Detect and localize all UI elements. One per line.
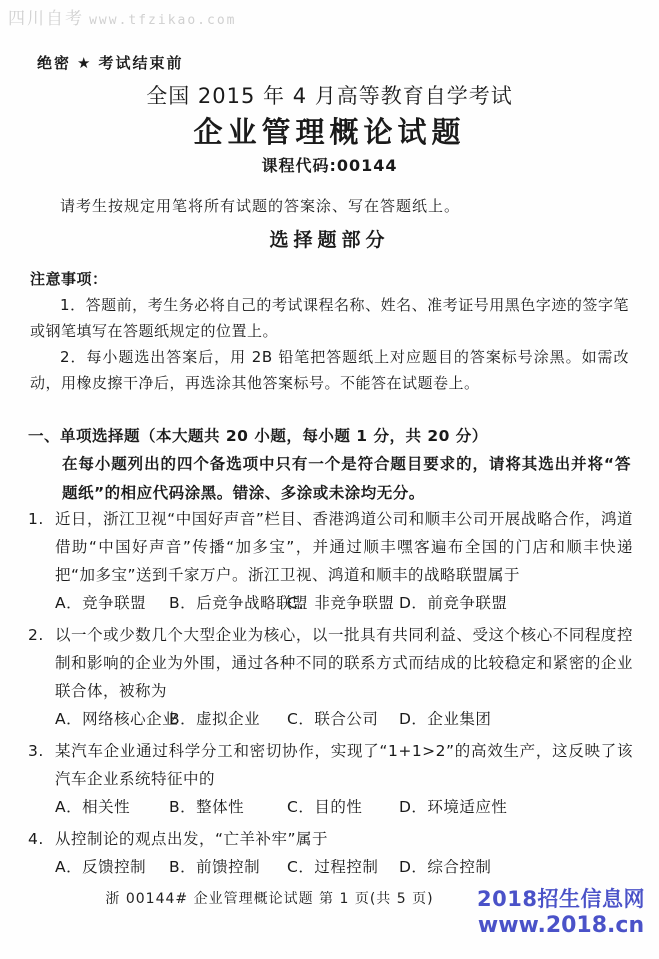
question-number: 4. xyxy=(28,825,55,853)
bottom-watermark: 2018招生信息网 www.2018.cn xyxy=(471,886,651,940)
question-text: 近日，浙江卫视“中国好声音”栏目、香港鸿道公司和顺丰公司开展战略合作，鸿道借助“… xyxy=(55,505,633,589)
top-watermark: 四川自考 www.tfzikao.com xyxy=(8,4,237,29)
exam-paper-page: { "page": { "background": "#fefefe", "te… xyxy=(0,0,659,959)
question-2-options: A．网络核心企业 B．虚拟企业 C．联合公司 D．企业集团 xyxy=(55,705,633,733)
option-b: B．虚拟企业 xyxy=(169,705,287,733)
notice-line: 请考生按规定用笔将所有试题的答案涂、写在答题纸上。 xyxy=(30,195,625,216)
question-2: 2. 以一个或少数几个大型企业为核心，以一批具有共同利益、受这个核心不同程度控制… xyxy=(28,621,633,733)
question-3: 3. 某汽车企业通过科学分工和密切协作，实现了“1+1>2”的高效生产，这反映了… xyxy=(28,737,633,821)
watermark-site-url: www.tfzikao.com xyxy=(89,13,236,28)
page-footer: 浙 00144# 企业管理概论试题 第 1 页(共 5 页) xyxy=(0,888,539,908)
option-c: C．目的性 xyxy=(287,793,399,821)
course-code: 课程代码:00144 xyxy=(0,153,659,176)
option-a: A．相关性 xyxy=(55,793,169,821)
question-number: 1. xyxy=(28,505,55,589)
paper-title: 企业管理概论试题 xyxy=(0,110,659,151)
star-icon: ★ xyxy=(71,54,98,72)
question-4: 4. 从控制论的观点出发，“亡羊补牢”属于 A．反馈控制 B．前馈控制 C．过程… xyxy=(28,825,633,881)
secrecy-label: 绝密 xyxy=(37,54,71,72)
question-1: 1. 近日，浙江卫视“中国好声音”栏目、香港鸿道公司和顺丰公司开展战略合作，鸿道… xyxy=(28,505,633,617)
option-c: C．联合公司 xyxy=(287,705,399,733)
section-one: 一、单项选择题（本大题共 20 小题，每小题 1 分，共 20 分） 在每小题列… xyxy=(28,422,631,508)
option-a: A．网络核心企业 xyxy=(55,705,169,733)
section-one-heading: 一、单项选择题（本大题共 20 小题，每小题 1 分，共 20 分） xyxy=(28,422,631,450)
secrecy-line: 绝密★考试结束前 xyxy=(37,52,183,73)
option-d: D．前竞争联盟 xyxy=(399,589,633,617)
option-d: D．环境适应性 xyxy=(399,793,633,821)
page: 四川自考 www.tfzikao.com 绝密★考试结束前 全国 2015 年 … xyxy=(0,0,659,959)
question-number: 3. xyxy=(28,737,55,793)
option-c: C．非竞争联盟 xyxy=(287,589,399,617)
option-d: D．企业集团 xyxy=(399,705,633,733)
note-item-1: 1．答题前，考生务必将自己的考试课程名称、姓名、准考证号用黑色字迹的签字笔或钢笔… xyxy=(30,292,629,344)
section-one-instruction: 在每小题列出的四个备选项中只有一个是符合题目要求的，请将其选出并将“答题纸”的相… xyxy=(62,450,631,508)
question-3-options: A．相关性 B．整体性 C．目的性 D．环境适应性 xyxy=(55,793,633,821)
stage-label: 考试结束前 xyxy=(98,54,183,72)
question-text: 以一个或少数几个大型企业为核心，以一批具有共同利益、受这个核心不同程度控制和影响… xyxy=(55,621,633,705)
option-b: B．整体性 xyxy=(169,793,287,821)
question-text: 某汽车企业通过科学分工和密切协作，实现了“1+1>2”的高效生产，这反映了该汽车… xyxy=(55,737,633,793)
option-d: D．综合控制 xyxy=(399,853,633,881)
question-4-row: 4. 从控制论的观点出发，“亡羊补牢”属于 xyxy=(28,825,633,853)
notes-title: 注意事项： xyxy=(30,266,629,292)
option-b: B．前馈控制 xyxy=(169,853,287,881)
exam-title: 全国 2015 年 4 月高等教育自学考试 xyxy=(0,80,659,110)
question-2-row: 2. 以一个或少数几个大型企业为核心，以一批具有共同利益、受这个核心不同程度控制… xyxy=(28,621,633,705)
question-number: 2. xyxy=(28,621,55,705)
question-4-options: A．反馈控制 B．前馈控制 C．过程控制 D．综合控制 xyxy=(55,853,633,881)
option-a: A．竞争联盟 xyxy=(55,589,169,617)
notes-section: 注意事项： 1．答题前，考生务必将自己的考试课程名称、姓名、准考证号用黑色字迹的… xyxy=(30,266,629,396)
option-a: A．反馈控制 xyxy=(55,853,169,881)
part-title: 选择题部分 xyxy=(0,225,659,252)
option-c: C．过程控制 xyxy=(287,853,399,881)
watermark-site-name: 2018招生信息网 xyxy=(471,886,651,912)
note-item-2: 2．每小题选出答案后，用 2B 铅笔把答题纸上对应题目的答案标号涂黑。如需改动，… xyxy=(30,344,629,396)
watermark-site-name: 四川自考 xyxy=(8,9,84,29)
question-1-row: 1. 近日，浙江卫视“中国好声音”栏目、香港鸿道公司和顺丰公司开展战略合作，鸿道… xyxy=(28,505,633,589)
question-text: 从控制论的观点出发，“亡羊补牢”属于 xyxy=(55,825,633,853)
option-b: B．后竞争战略联盟 xyxy=(169,589,287,617)
question-list: 1. 近日，浙江卫视“中国好声音”栏目、香港鸿道公司和顺丰公司开展战略合作，鸿道… xyxy=(28,505,633,885)
watermark-site-url: www.2018.cn xyxy=(471,912,651,940)
question-1-options: A．竞争联盟 B．后竞争战略联盟 C．非竞争联盟 D．前竞争联盟 xyxy=(55,589,633,617)
question-3-row: 3. 某汽车企业通过科学分工和密切协作，实现了“1+1>2”的高效生产，这反映了… xyxy=(28,737,633,793)
